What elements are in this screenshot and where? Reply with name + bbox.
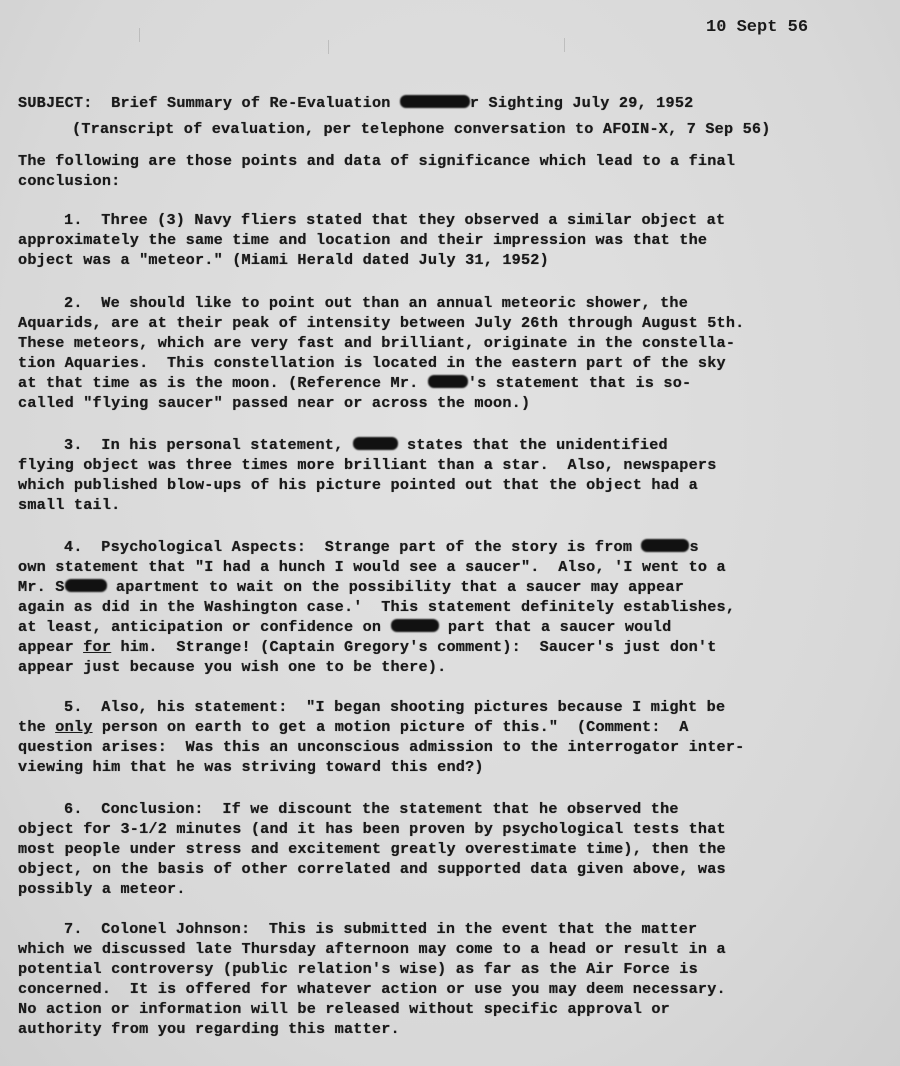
intro-line: conclusion: xyxy=(18,172,120,190)
para-4: own statement that "I had a hunch I woul… xyxy=(18,558,726,576)
para-3: small tail. xyxy=(18,496,120,514)
para-6: object, on the basis of other correlated… xyxy=(18,860,726,878)
para-5: the only person on earth to get a motion… xyxy=(18,718,689,736)
para-1: approximately the same time and location… xyxy=(18,231,707,249)
para-6: most people under stress and excitement … xyxy=(18,840,726,858)
para-7: 7. Colonel Johnson: This is submitted in… xyxy=(64,920,697,938)
para-7: potential controversy (public relation's… xyxy=(18,960,698,978)
para-5: question arises: Was this an unconscious… xyxy=(18,738,745,756)
redaction xyxy=(641,539,689,552)
redaction xyxy=(428,375,468,388)
para-2: tion Aquaries. This constellation is loc… xyxy=(18,354,726,372)
redaction xyxy=(400,95,470,108)
redaction xyxy=(353,437,398,450)
para-6: possibly a meteor. xyxy=(18,880,186,898)
para-2: 2. We should like to point out than an a… xyxy=(64,294,688,312)
para-4: 4. Psychological Aspects: Strange part o… xyxy=(64,538,699,556)
para-6: object for 3-1/2 minutes (and it has bee… xyxy=(18,820,726,838)
memo-page: 10 Sept 56 SUBJECT: Brief Summary of Re-… xyxy=(0,0,900,1066)
para-7: which we discussed late Thursday afterno… xyxy=(18,940,726,958)
para-1: 1. Three (3) Navy fliers stated that the… xyxy=(64,211,725,229)
para-2: called "flying saucer" passed near or ac… xyxy=(18,394,530,412)
para-4: Mr. S apartment to wait on the possibili… xyxy=(18,578,684,596)
para-6: 6. Conclusion: If we discount the statem… xyxy=(64,800,679,818)
para-7: authority from you regarding this matter… xyxy=(18,1020,400,1038)
intro-line: The following are those points and data … xyxy=(18,152,735,170)
redaction xyxy=(65,579,107,592)
para-7: concerned. It is offered for whatever ac… xyxy=(18,980,726,998)
para-2: These meteors, which are very fast and b… xyxy=(18,334,735,352)
para-4: at least, anticipation or confidence on … xyxy=(18,618,671,636)
para-3: which published blow-ups of his picture … xyxy=(18,476,698,494)
subject-line: SUBJECT: Brief Summary of Re-Evaluation … xyxy=(18,94,693,112)
memo-date: 10 Sept 56 xyxy=(706,18,808,37)
para-1: object was a "meteor." (Miami Herald dat… xyxy=(18,251,549,269)
para-2: at that time as is the moon. (Reference … xyxy=(18,374,691,392)
para-5: viewing him that he was striving toward … xyxy=(18,758,484,776)
para-4: appear just because you wish one to be t… xyxy=(18,658,446,676)
para-2: Aquarids, are at their peak of intensity… xyxy=(18,314,745,332)
para-5: 5. Also, his statement: "I began shootin… xyxy=(64,698,725,716)
para-7: No action or information will be release… xyxy=(18,1000,670,1018)
para-3: 3. In his personal statement, states tha… xyxy=(64,436,668,454)
para-4: again as did in the Washington case.' Th… xyxy=(18,598,735,616)
redaction xyxy=(391,619,439,632)
para-4: appear for him. Strange! (Captain Gregor… xyxy=(18,638,717,656)
subject-subtitle: (Transcript of evaluation, per telephone… xyxy=(72,120,771,138)
para-3: flying object was three times more brill… xyxy=(18,456,717,474)
